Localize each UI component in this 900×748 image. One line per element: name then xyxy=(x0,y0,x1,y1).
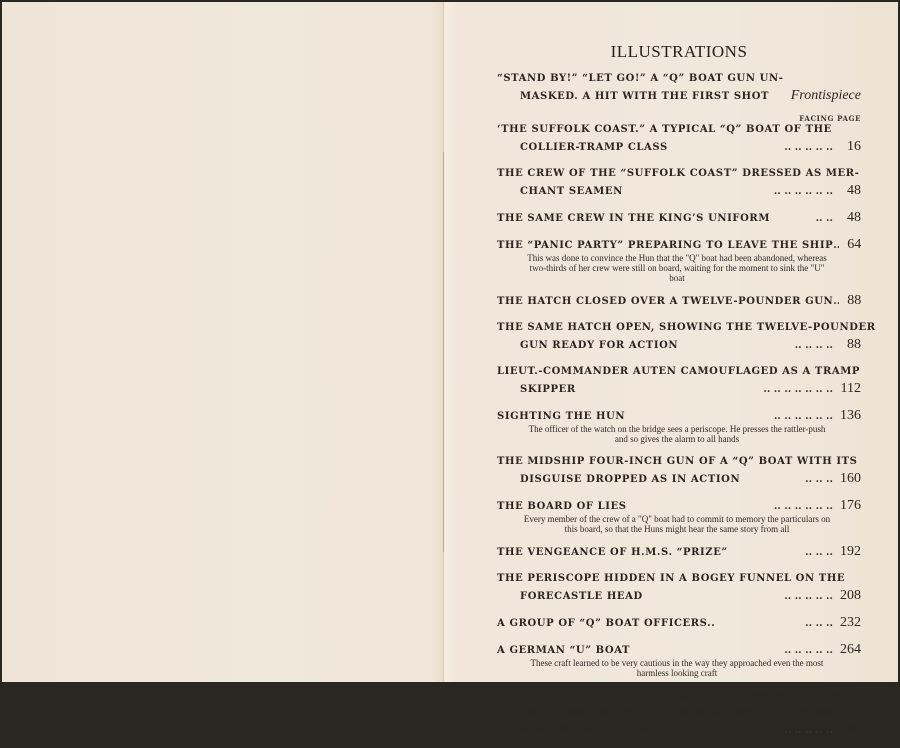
illustration-entry: A GROUP OF “Q” BOAT OFFICERS.... .. ..23… xyxy=(497,614,861,632)
entry-title-text: FORECASTLE HEAD xyxy=(520,588,643,605)
entries-container: “STAND BY!” “LET GO!” A “Q” BOAT GUN UN-… xyxy=(497,70,861,684)
illustration-entry: THE PERISCOPE HIDDEN IN A BOGEY FUNNEL O… xyxy=(497,570,861,605)
illustration-entry: “STAND BY!” “LET GO!” A “Q” BOAT GUN UN-… xyxy=(497,70,861,105)
entry-title-text: THE BOARD OF LIES xyxy=(497,498,627,515)
leader-dots: .. .. .. .. .. .. .. xyxy=(576,381,839,398)
entry-line: MASKED. A HIT WITH THE FIRST SHOTFrontis… xyxy=(497,87,861,105)
entry-title-text: THE HATCH CLOSED OVER A TWELVE-POUNDER G… xyxy=(497,293,833,310)
leader-dots: .. .. .. xyxy=(728,544,839,561)
leader-dots: .. .. .. xyxy=(740,471,839,488)
right-page: ILLUSTRATIONS “STAND BY!” “LET GO!” A “Q… xyxy=(445,2,898,682)
leader-dots: .. .. xyxy=(770,210,839,227)
leader-dots: .. .. .. xyxy=(715,615,839,632)
entry-title-text: THE VENGEANCE OF H.M.S. “PRIZE” xyxy=(497,544,728,561)
entry-title-text: A GROUP OF “Q” BOAT OFFICERS.. xyxy=(497,615,715,632)
entry-title-text: CHANT SEAMEN xyxy=(520,183,623,200)
entry-caption-note: This was done to convince the Hun that t… xyxy=(497,253,861,283)
entry-line: FORECASTLE HEAD.. .. .. .. ..208 xyxy=(497,587,861,605)
entry-line: COLLIER-TRAMP CLASS.. .. .. .. ..16 xyxy=(497,138,861,156)
illustration-entry: THE “PANIC PARTY” PREPARING TO LEAVE THE… xyxy=(497,236,861,283)
entry-line: THE “PANIC PARTY” PREPARING TO LEAVE THE… xyxy=(497,236,861,254)
entry-title-text: GUN READY FOR ACTION xyxy=(520,337,678,354)
entry-title-text: THE PERISCOPE HIDDEN IN A BOGEY FUNNEL O… xyxy=(497,570,845,587)
page-number: 48 xyxy=(839,182,861,199)
entry-line: “STAND BY!” “LET GO!” A “Q” BOAT GUN UN- xyxy=(497,70,861,87)
illustration-entry: THE SAME CREW IN THE KING’S UNIFORM.. ..… xyxy=(497,209,861,227)
illustration-entry: THE HATCH CLOSED OVER A TWELVE-POUNDER G… xyxy=(497,292,861,310)
entry-line: THE MIDSHIP FOUR-INCH GUN OF A “Q” BOAT … xyxy=(497,453,861,470)
page-number: 16 xyxy=(839,138,861,155)
illustration-entry: ‘THE SUFFOLK COAST.” A TYPICAL “Q” BOAT … xyxy=(497,121,861,156)
entry-title-text: LIEUT.-COMMANDER AUTEN CAMOUFLAGED AS A … xyxy=(497,363,860,380)
entry-line: CHANT SEAMEN.. .. .. .. .. ..48 xyxy=(497,182,861,200)
entry-line: A GERMAN “U” BOAT.. .. .. .. ..264 xyxy=(497,641,861,659)
page-number: 112 xyxy=(839,380,861,397)
page-number: Frontispiece xyxy=(791,87,861,104)
entry-title-text: A GERMAN “U” BOAT xyxy=(497,642,630,659)
illustration-entry: THE BOARD OF LIES.. .. .. .. .. ..176Eve… xyxy=(497,497,861,534)
entry-title-text: THE SAME HATCH OPEN, SHOWING THE TWELVE-… xyxy=(497,319,876,336)
page-number: 208 xyxy=(839,587,861,604)
illustration-entry: THE SAME HATCH OPEN, SHOWING THE TWELVE-… xyxy=(497,319,861,354)
leader-dots: .. .. .. .. .. xyxy=(630,642,839,659)
entry-line: THE CREW OF THE “SUFFOLK COAST” DRESSED … xyxy=(497,165,861,182)
entry-line: THE HATCH CLOSED OVER A TWELVE-POUNDER G… xyxy=(497,292,861,310)
book-spread: ILLUSTRATIONS “STAND BY!” “LET GO!” A “Q… xyxy=(2,2,898,682)
gutter-crease xyxy=(443,152,444,552)
entry-title-text: “STAND BY!” “LET GO!” A “Q” BOAT GUN UN- xyxy=(497,70,783,87)
entry-line: THE SAME CREW IN THE KING’S UNIFORM.. ..… xyxy=(497,209,861,227)
entry-title-text: THE SAME CREW IN THE KING’S UNIFORM xyxy=(497,210,770,227)
entry-title-text: MASKED. A HIT WITH THE FIRST SHOT xyxy=(520,88,769,105)
entry-title-text: ‘THE SUFFOLK COAST.” A TYPICAL “Q” BOAT … xyxy=(497,121,832,138)
page-number: 48 xyxy=(839,209,861,226)
entry-line: THE VENGEANCE OF H.M.S. “PRIZE”.. .. ..1… xyxy=(497,543,861,561)
illustration-entry: SIGHTING THE HUN.. .. .. .. .. ..136The … xyxy=(497,407,861,444)
entry-caption-note: The officer of the watch on the bridge s… xyxy=(497,424,861,444)
illustrations-list: ILLUSTRATIONS “STAND BY!” “LET GO!” A “Q… xyxy=(497,42,861,684)
entry-line: THE BOARD OF LIES.. .. .. .. .. ..176 xyxy=(497,497,861,515)
entry-title-text: THE “PANIC PARTY” PREPARING TO LEAVE THE… xyxy=(497,237,833,254)
entry-line: ‘THE SUFFOLK COAST.” A TYPICAL “Q” BOAT … xyxy=(497,121,861,138)
entry-title-text: SIGHTING THE HUN xyxy=(497,408,625,425)
illustration-entry: A GERMAN “U” BOAT.. .. .. .. ..264These … xyxy=(497,641,861,678)
page-number: 88 xyxy=(839,292,861,309)
page-number: 192 xyxy=(839,543,861,560)
page-title: ILLUSTRATIONS xyxy=(497,42,861,62)
entry-title-text: DISGUISE DROPPED AS IN ACTION xyxy=(520,471,740,488)
entry-caption-note: These craft learned to be very cautious … xyxy=(497,658,861,678)
leader-dots: .. .. .. .. xyxy=(678,337,839,354)
entry-line: SIGHTING THE HUN.. .. .. .. .. ..136 xyxy=(497,407,861,425)
page-number: 64 xyxy=(839,236,861,253)
leader-dots: .. .. .. .. .. .. xyxy=(623,183,839,200)
page-number: 176 xyxy=(839,497,861,514)
leader-dots: .. .. .. .. .. xyxy=(668,139,839,156)
page-number: 232 xyxy=(839,614,861,631)
leader-dots: .. .. .. .. .. xyxy=(643,588,839,605)
entry-line: A GROUP OF “Q” BOAT OFFICERS.... .. ..23… xyxy=(497,614,861,632)
entry-line: LIEUT.-COMMANDER AUTEN CAMOUFLAGED AS A … xyxy=(497,363,861,380)
entry-line: SKIPPER.. .. .. .. .. .. ..112 xyxy=(497,380,861,398)
left-page-blank xyxy=(2,2,443,682)
entry-line: GUN READY FOR ACTION.. .. .. ..88 xyxy=(497,336,861,354)
entry-title-text: THE CREW OF THE “SUFFOLK COAST” DRESSED … xyxy=(497,165,859,182)
entry-caption-note: Every member of the crew of a "Q" boat h… xyxy=(497,514,861,534)
entry-line: THE PERISCOPE HIDDEN IN A BOGEY FUNNEL O… xyxy=(497,570,861,587)
page-number: 264 xyxy=(839,641,861,658)
page-number: 136 xyxy=(839,407,861,424)
illustration-entry: THE MIDSHIP FOUR-INCH GUN OF A “Q” BOAT … xyxy=(497,453,861,488)
illustration-entry: LIEUT.-COMMANDER AUTEN CAMOUFLAGED AS A … xyxy=(497,363,861,398)
illustration-entry: THE VENGEANCE OF H.M.S. “PRIZE”.. .. ..1… xyxy=(497,543,861,561)
entry-line: THE SAME HATCH OPEN, SHOWING THE TWELVE-… xyxy=(497,319,861,336)
entry-line: DISGUISE DROPPED AS IN ACTION.. .. ..160 xyxy=(497,470,861,488)
page-number: 88 xyxy=(839,336,861,353)
leader-dots: .. .. .. .. .. .. xyxy=(627,498,839,515)
leader-dots: .. .. .. .. .. .. xyxy=(625,408,839,425)
page-number: 160 xyxy=(839,470,861,487)
entry-title-text: THE MIDSHIP FOUR-INCH GUN OF A “Q” BOAT … xyxy=(497,453,857,470)
illustration-entry: THE CREW OF THE “SUFFOLK COAST” DRESSED … xyxy=(497,165,861,200)
entry-title-text: SKIPPER xyxy=(520,381,576,398)
entry-title-text: COLLIER-TRAMP CLASS xyxy=(520,139,668,156)
